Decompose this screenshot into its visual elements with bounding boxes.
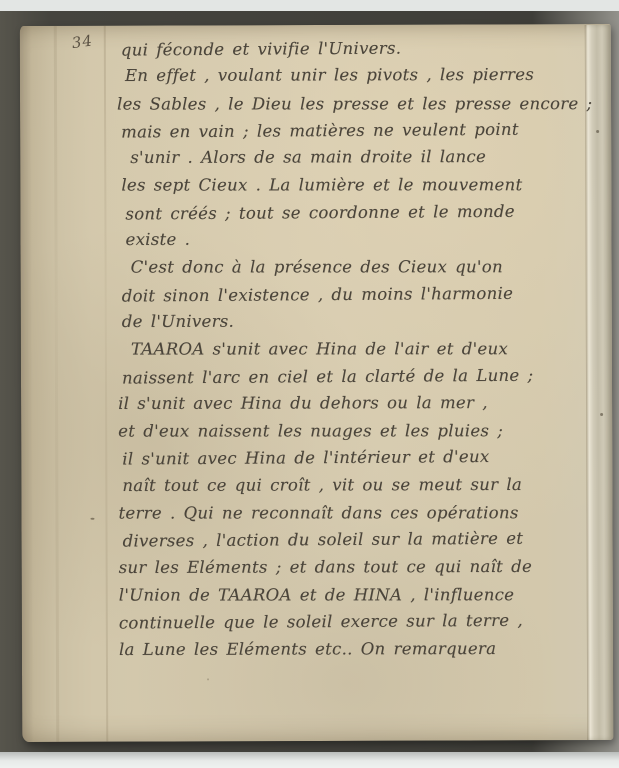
manuscript-line: TAAROA s'unit avec Hina de l'air et d'eu… xyxy=(118,339,608,367)
manuscript-line: naît tout ce qui croît , vit ou se meut … xyxy=(118,474,608,503)
manuscript-line: doit sinon l'existence , du moins l'harm… xyxy=(118,283,608,314)
manuscript-line: la Lune les Eléments etc.. On remarquera xyxy=(119,638,609,667)
manuscript-line: existe . xyxy=(117,229,607,258)
manuscript-line: il s'unit avec Hina du dehors ou la mer … xyxy=(118,393,608,422)
manuscript-line: diverses , l'action du soleil sur la mat… xyxy=(118,528,608,559)
page-number: 34 xyxy=(71,31,94,52)
manuscript-line: s'unir . Alors de sa main droite il lanc… xyxy=(117,147,607,176)
manuscript-line: de l'Univers. xyxy=(118,311,608,340)
manuscript-page: 34 qui féconde et vivifie l'Univers. En … xyxy=(20,24,613,742)
manuscript-line: les Sables , le Dieu les presse et les p… xyxy=(117,94,607,122)
paper-speck xyxy=(207,678,209,680)
manuscript-text: qui féconde et vivifie l'Univers. En eff… xyxy=(117,38,609,668)
manuscript-line: l'Union de TAAROA et de HINA , l'influen… xyxy=(119,585,609,613)
manuscript-line: sont créés ; tout se coordonne et le mon… xyxy=(117,201,607,232)
paper-crease xyxy=(104,26,108,742)
photo-mat-bottom xyxy=(0,752,619,768)
manuscript-line: qui féconde et vivifie l'Univers. xyxy=(117,37,607,68)
paper-crease xyxy=(54,26,59,742)
manuscript-line: les sept Cieux . La lumière et le mouvem… xyxy=(117,176,607,204)
manuscript-line: il s'unit avec Hina de l'intérieur et d'… xyxy=(118,447,608,478)
manuscript-line: mais en vain ; les matières ne veulent p… xyxy=(117,119,607,150)
manuscript-line: terre . Qui ne reconnaît dans ces opérat… xyxy=(118,503,608,531)
manuscript-line: et d'eux naissent les nuages et les plui… xyxy=(118,421,608,449)
manuscript-line: naissent l'arc en ciel et la clarté de l… xyxy=(118,365,608,396)
manuscript-line: sur les Eléments ; et dans tout ce qui n… xyxy=(119,556,609,585)
manuscript-line: C'est donc à la présence des Cieux qu'on xyxy=(118,257,608,285)
manuscript-line: En effet , voulant unir les pivots , les… xyxy=(117,65,607,94)
paper-speck xyxy=(90,518,94,520)
manuscript-line: continuelle que le soleil exerce sur la … xyxy=(119,610,609,641)
